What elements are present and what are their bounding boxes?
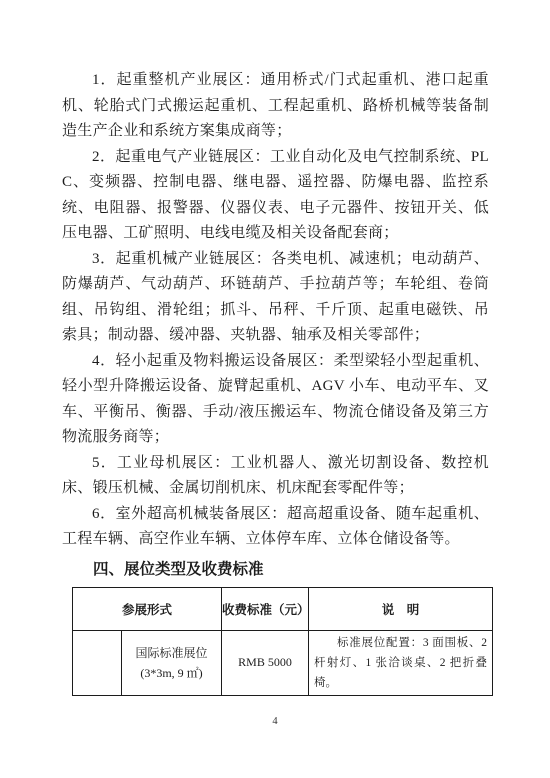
column-header-fee: 收费标准（元）	[222, 587, 309, 630]
paragraph-zone-4: 4．轻小起重及物料搬运设备展区：柔型梁轻小型起重机、轻小型升降搬运设备、旋臂起重…	[62, 349, 489, 451]
booth-fee-table: 参展形式 收费标准（元） 说 明 国际标准展位 (3*3m, 9 ㎡) RMB …	[72, 587, 493, 696]
document-body: 1．起重整机产业展区：通用桥式/门式起重机、港口起重机、轮胎式门式搬运起重机、工…	[62, 68, 489, 696]
column-header-note: 说 明	[309, 587, 493, 630]
paragraph-zone-2: 2．起重电气产业链展区：工业自动化及电气控制系统、PLC、变频器、控制电器、继电…	[62, 145, 489, 247]
paragraph-zone-3: 3．起重机械产业链展区：各类电机、减速机；电动葫芦、防爆葫芦、气动葫芦、环链葫芦…	[62, 247, 489, 349]
section-heading-booth-types: 四、展位类型及收费标准	[62, 557, 489, 582]
table-cell-booth: 国际标准展位 (3*3m, 9 ㎡)	[122, 630, 222, 695]
booth-note: 标准展位配置：3 面围板、2 杆射灯、1 张洽谈桌、2 把折叠椅。	[309, 631, 492, 695]
table-row-standard-booth: 国际标准展位 (3*3m, 9 ㎡) RMB 5000 标准展位配置：3 面围板…	[73, 630, 493, 695]
table-cell-note: 标准展位配置：3 面围板、2 杆射灯、1 张洽谈桌、2 把折叠椅。	[309, 630, 493, 695]
page-number: 4	[0, 716, 550, 727]
booth-size: (3*3m, 9 ㎡)	[122, 663, 221, 683]
table-cell-empty	[73, 630, 122, 695]
table-header-row: 参展形式 收费标准（元） 说 明	[73, 587, 493, 630]
paragraph-zone-1: 1．起重整机产业展区：通用桥式/门式起重机、港口起重机、轮胎式门式搬运起重机、工…	[62, 68, 489, 145]
booth-name: 国际标准展位	[122, 643, 221, 663]
paragraph-zone-5: 5．工业母机展区：工业机器人、激光切割设备、数控机床、锻压机械、金属切削机床、机…	[62, 451, 489, 502]
column-header-form: 参展形式	[73, 587, 222, 630]
document-page: 1．起重整机产业展区：通用桥式/门式起重机、港口起重机、轮胎式门式搬运起重机、工…	[0, 0, 550, 778]
table-cell-fee: RMB 5000	[222, 630, 309, 695]
paragraph-zone-6: 6．室外超高机械装备展区：超高超重设备、随车起重机、工程车辆、高空作业车辆、立体…	[62, 502, 489, 553]
